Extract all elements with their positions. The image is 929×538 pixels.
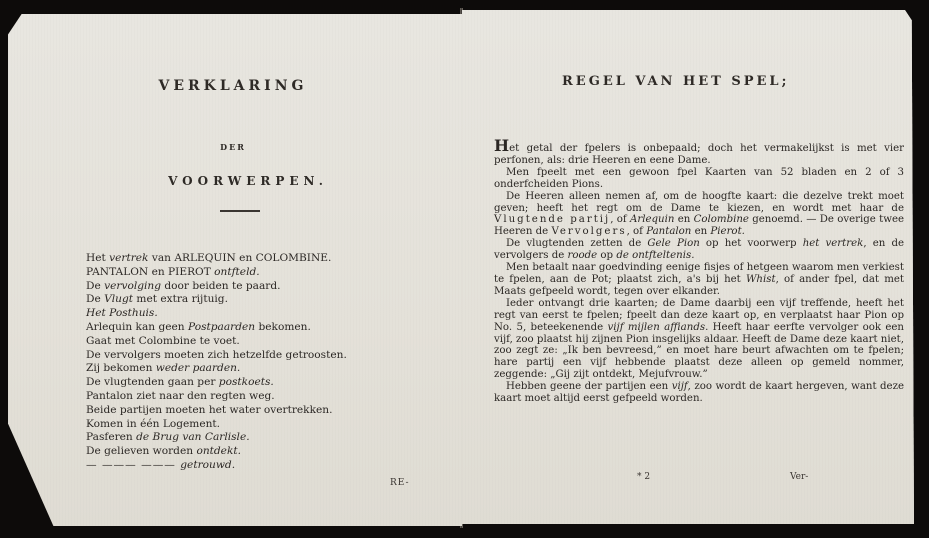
italic-text: vijf [672, 381, 688, 392]
text-run: en [691, 226, 710, 237]
italic-text: weder paarden. [156, 362, 241, 374]
text-run: Pasferen [86, 431, 136, 443]
italic-text: Whist [746, 274, 776, 285]
rule-paragraph: Ieder ontvangt drie kaarten; de Dame daa… [494, 298, 904, 381]
italic-text: Vlugt [104, 293, 133, 305]
text-run: De gelieven worden [86, 445, 196, 457]
contents-item: Gaat met Colombine te voet. [86, 335, 386, 349]
italic-text: Gele Pion [647, 238, 699, 249]
contents-item: Zij bekomen weder paarden. [86, 362, 386, 376]
italic-text: vertrek [109, 252, 148, 264]
contents-item: Komen in één Logement. [86, 418, 386, 432]
left-title-line3: VOORWERPEN. [148, 174, 348, 188]
text-run: De Heeren alleen nemen af, om de hoogfte… [494, 191, 904, 214]
left-catchword: RE- [390, 478, 410, 488]
initial-capital: H [494, 136, 509, 155]
italic-text: het vertrek [803, 238, 864, 249]
right-catchword: Ver- [790, 472, 808, 482]
italic-text: ontfteld. [214, 266, 259, 278]
rule-paragraph: De vlugtenden zetten de Gele Pion op het… [494, 238, 904, 262]
italic-text: Pantalon [646, 226, 691, 237]
text-run: Beide partijen moeten het water overtrek… [86, 404, 332, 416]
rule-paragraph: Hebben geene der partijen een vijf, zoo … [494, 381, 904, 405]
text-run: Pantalon ziet naar den regten weg. [86, 390, 275, 402]
italic-text: Arlequin [630, 214, 674, 225]
signature-mark: * 2 [637, 472, 650, 482]
text-run: Gaat met Colombine te voet. [86, 335, 240, 347]
right-title: REGEL VAN HET SPEL; [562, 74, 792, 89]
text-run: PANTALON en PIEROT [86, 266, 214, 278]
left-title-line2: DER [188, 142, 278, 152]
rules-text: Het getal der fpelers is onbepaald; doch… [494, 140, 904, 405]
text-run: met extra rijtuig. [133, 293, 228, 305]
italic-text: vervolging [104, 280, 161, 292]
contents-item: Arlequin kan geen Postpaarden bekomen. [86, 321, 386, 335]
text-run: Arlequin kan geen [86, 321, 188, 333]
contents-item: Het Posthuis. [86, 307, 386, 321]
contents-item: Beide partijen moeten het water overtrek… [86, 404, 386, 418]
text-run: van ARLEQUIN en COLOMBINE. [148, 252, 331, 264]
italic-text: getrouwd. [180, 459, 235, 471]
text-run: De vlugtenden gaan per [86, 376, 219, 388]
dash-rule: — ——— ——— [86, 459, 180, 471]
italic-text: roode [567, 250, 597, 261]
text-run: Zij bekomen [86, 362, 156, 374]
italic-text: de Brug van Carlisle. [136, 431, 249, 443]
spaced-text: Vlugtende partij [494, 214, 610, 225]
italic-text: Colombine [694, 214, 749, 225]
italic-text: Postpaarden [188, 321, 255, 333]
text-run: De [86, 280, 104, 292]
text-run: , of [627, 226, 647, 237]
rule-paragraph: Het getal der fpelers is onbepaald; doch… [494, 140, 904, 167]
contents-item: De Vlugt met extra rijtuig. [86, 293, 386, 307]
contents-item: De vervolgers moeten zich hetzelfde getr… [86, 349, 386, 363]
text-run: Hebben geene der partijen een [506, 381, 672, 392]
rule-paragraph: De Heeren alleen nemen af, om de hoogfte… [494, 191, 904, 239]
left-title-line1: VERKLARING [148, 78, 318, 94]
text-run: , of [610, 214, 630, 225]
italic-text: Het Posthuis. [86, 307, 158, 319]
left-page: VERKLARING DER VOORWERPEN. Het vertrek v… [8, 14, 462, 526]
text-run: et getal der fpelers is onbepaald; doch … [494, 143, 904, 166]
rule-paragraph: Men betaalt naar goedvinding eenige fisj… [494, 262, 904, 298]
contents-item: Pantalon ziet naar den regten weg. [86, 390, 386, 404]
title-rule [220, 210, 260, 212]
text-run: op [597, 250, 616, 261]
text-run: Men fpeelt met een gewoon fpel Kaarten v… [494, 167, 904, 190]
text-run: De vlugtenden zetten de [506, 238, 647, 249]
text-run: op het voorwerp [700, 238, 803, 249]
text-run: bekomen. [255, 321, 311, 333]
contents-item: Het vertrek van ARLEQUIN en COLOMBINE. [86, 252, 386, 266]
italic-text: postkoets. [219, 376, 274, 388]
text-run: De [86, 293, 104, 305]
italic-text: vijf mijlen affiands. [608, 322, 709, 333]
text-run: en [674, 214, 693, 225]
contents-item: De vervolging door beiden te paard. [86, 280, 386, 294]
text-run: De vervolgers moeten zich hetzelfde getr… [86, 349, 347, 361]
contents-item: Pasferen de Brug van Carlisle. [86, 431, 386, 445]
contents-list: Het vertrek van ARLEQUIN en COLOMBINE.PA… [86, 252, 386, 473]
text-run: door beiden te paard. [161, 280, 281, 292]
contents-item: De gelieven worden ontdekt. [86, 445, 386, 459]
italic-text: Pierot. [710, 226, 744, 237]
contents-item: De vlugtenden gaan per postkoets. [86, 376, 386, 390]
contents-item: — ——— ——— getrouwd. [86, 459, 386, 473]
italic-text: de ontfteltenis. [616, 250, 694, 261]
text-run: Het [86, 252, 109, 264]
text-run: Komen in één Logement. [86, 418, 220, 430]
rule-paragraph: Men fpeelt met een gewoon fpel Kaarten v… [494, 167, 904, 191]
spaced-text: Vervolgers [551, 226, 626, 237]
right-page: REGEL VAN HET SPEL; Het getal der fpeler… [462, 10, 914, 524]
italic-text: ontdekt. [196, 445, 241, 457]
contents-item: PANTALON en PIEROT ontfteld. [86, 266, 386, 280]
